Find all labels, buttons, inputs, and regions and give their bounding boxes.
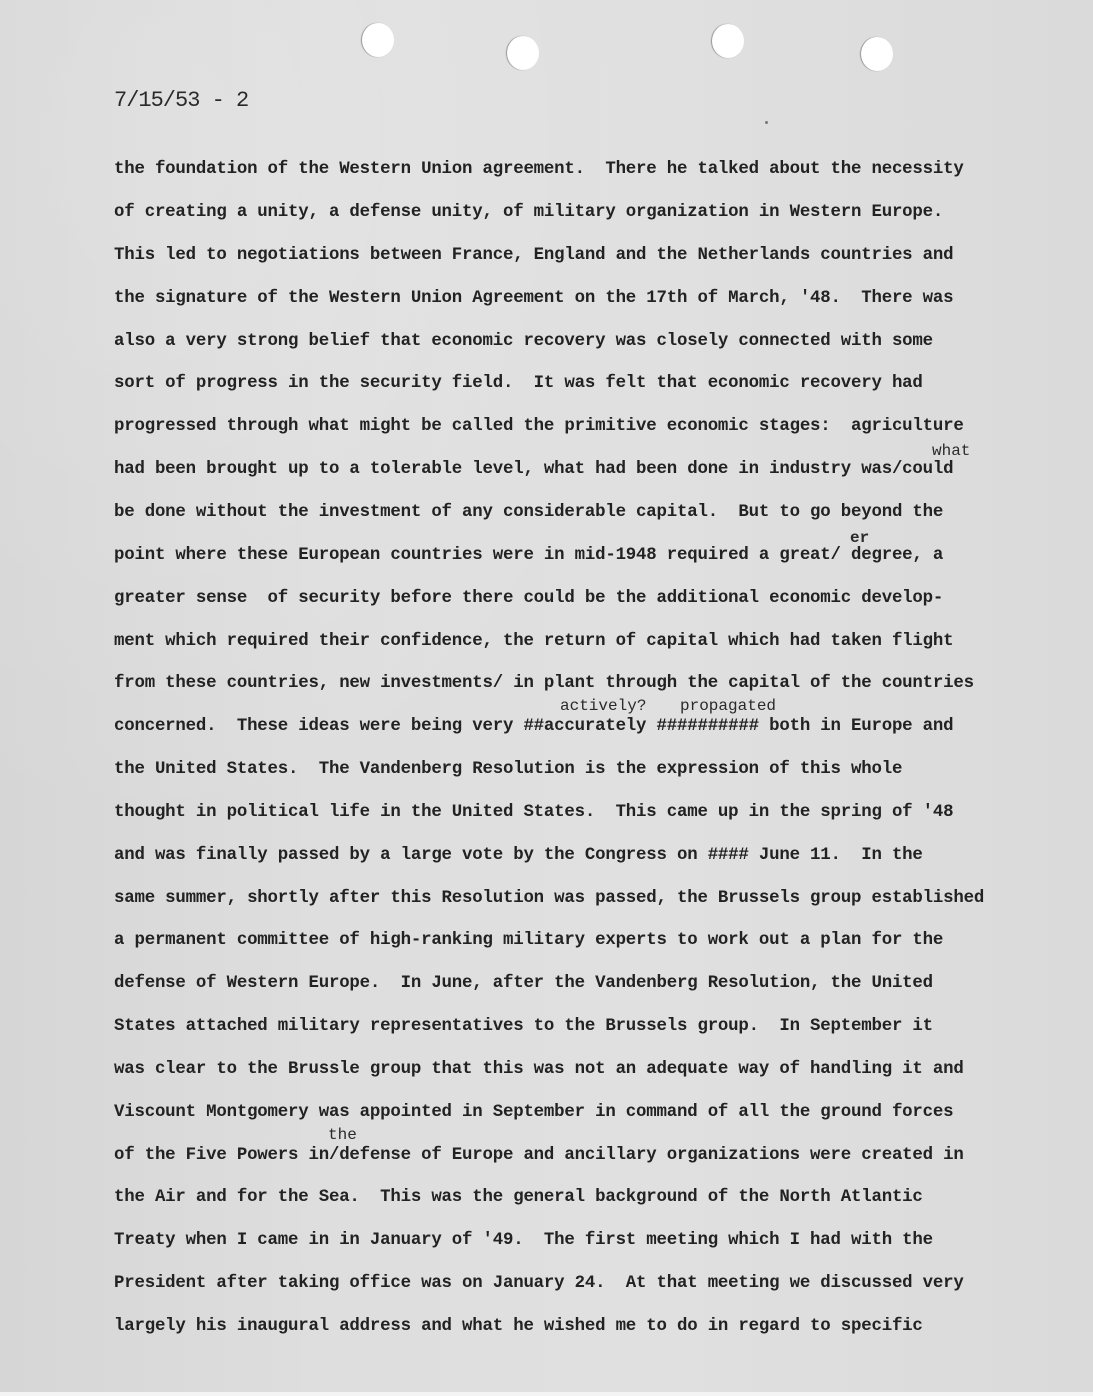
- insertion-er: er: [850, 529, 869, 547]
- text-line: the foundation of the Western Union agre…: [114, 160, 964, 179]
- text-line: largely his inaugural address and what h…: [114, 1317, 923, 1336]
- insertion-actively: actively?: [560, 697, 646, 715]
- text-line: a permanent committee of high-ranking mi…: [114, 931, 943, 950]
- page-header-date: 7/15/53 - 2: [114, 88, 248, 113]
- text-line: same summer, shortly after this Resoluti…: [114, 889, 984, 908]
- punch-hole: [712, 24, 744, 58]
- text-line: and was finally passed by a large vote b…: [114, 846, 923, 865]
- text-line: thought in political life in the United …: [114, 803, 953, 822]
- text-line: the signature of the Western Union Agree…: [114, 289, 953, 308]
- text-line: of the Five Powers in/defense of Europe …: [114, 1146, 964, 1165]
- text-line: point where these European countries wer…: [114, 546, 943, 565]
- insertion-propagated: propagated: [680, 697, 776, 715]
- text-line: of creating a unity, a defense unity, of…: [114, 203, 943, 222]
- paper-speck: [765, 121, 768, 124]
- text-line: also a very strong belief that economic …: [114, 332, 933, 351]
- text-line: greater sense of security before there c…: [114, 589, 943, 608]
- text-line: defense of Western Europe. In June, afte…: [114, 974, 933, 993]
- punch-hole: [507, 36, 539, 70]
- insertion-what: what: [932, 442, 970, 460]
- text-line: be done without the investment of any co…: [114, 503, 943, 522]
- punch-hole: [362, 23, 394, 57]
- text-line: concerned. These ideas were being very #…: [114, 717, 953, 736]
- punch-hole: [861, 37, 893, 71]
- text-line: Viscount Montgomery was appointed in Sep…: [114, 1103, 953, 1122]
- text-line: This led to negotiations between France,…: [114, 246, 953, 265]
- text-line: sort of progress in the security field. …: [114, 374, 923, 393]
- insertion-the: the: [328, 1126, 357, 1144]
- text-line: progressed through what might be called …: [114, 417, 964, 436]
- text-line: the Air and for the Sea. This was the ge…: [114, 1188, 923, 1207]
- text-line: had been brought up to a tolerable level…: [114, 460, 953, 479]
- text-line: the United States. The Vandenberg Resolu…: [114, 760, 902, 779]
- text-line: Treaty when I came in in January of '49.…: [114, 1231, 933, 1250]
- text-line: ment which required their confidence, th…: [114, 632, 953, 651]
- text-line: from these countries, new investments/ i…: [114, 674, 974, 693]
- text-line: was clear to the Brussle group that this…: [114, 1060, 964, 1079]
- document-page: 7/15/53 - 2 the foundation of the Wester…: [0, 0, 1093, 1396]
- text-line: States attached military representatives…: [114, 1017, 933, 1036]
- text-line: President after taking office was on Jan…: [114, 1274, 964, 1293]
